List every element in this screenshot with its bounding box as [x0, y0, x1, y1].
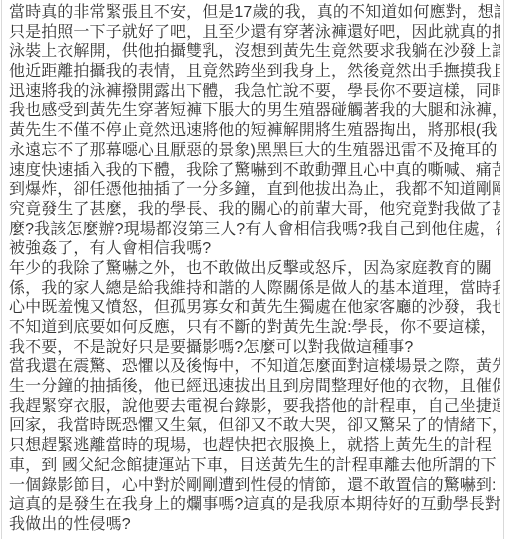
text-line: 車，到 國父紀念館捷運站下車，目送黃先生的計程車離去他所謂的下 [9, 456, 500, 476]
text-line: 泳裝上衣解開，供他拍攝雙乳，沒想到黃先生竟然要求我躺在沙發上讓 [9, 42, 500, 62]
text-line: 只想趕緊逃離當時的現場，也趕快把衣服換上，就搭上黃先生的計程 [9, 436, 500, 456]
text-line: 一個錄影節目，心中對於剛剛遭到性侵的情節，還不敢置信的驚嚇到: [9, 476, 500, 496]
post-body: 當時真的非常緊張且不安，但是17歲的我，真的不知道如何應對，想說只是拍照一下子就… [9, 3, 500, 535]
text-line: 年少的我除了驚嚇之外，也不敢做出反擊或怒斥，因為家庭教育的關 [9, 259, 500, 279]
text-line: 當我還在震驚、恐懼以及後悔中，不知道怎麼面對這樣場景之際，黃先 [9, 357, 500, 377]
text-line: 他近距離拍攝我的表情，且竟然跨坐到我身上，然後竟然出手撫摸我且 [9, 62, 500, 82]
text-line: 只是拍照一下子就好了吧，且至少還有穿著泳褲還好吧，因此就真的把 [9, 23, 500, 43]
paragraph: 年少的我除了驚嚇之外，也不敢做出反擊或怒斥，因為家庭教育的關係，我的家人總是給我… [9, 259, 500, 357]
text-line: 速度快速插入我的下體，我除了驚嚇到不敢動彈且心中真的嘶喊、痛苦 [9, 161, 500, 181]
text-line: 究竟發生了甚麼，我的學長、我的關心的前輩大哥，他究竟對我做了甚 [9, 200, 500, 220]
text-line: 心中既羞愧又憤怒，但孤男寡女和黃先生獨處在他家客廳的沙發，我也 [9, 298, 500, 318]
text-line: 我也感受到黃先生穿著短褲下脹大的男生殖器碰觸著我的大腿和泳褲， [9, 101, 500, 121]
paragraph: 當我還在震驚、恐懼以及後悔中，不知道怎麼面對這樣場景之際，黃先生一分鐘的抽插後，… [9, 357, 500, 534]
text-line: 係，我的家人總是給我維持和諧的人際關係是做人的基本道理，當時我 [9, 279, 500, 299]
text-line: 當時真的非常緊張且不安，但是17歲的我，真的不知道如何應對，想說 [9, 3, 500, 23]
text-line: 麼?我該怎麼辦?現場都沒第三人?有人會相信我嗎?我自己到他住處，卻 [9, 220, 500, 240]
post-container: 當時真的非常緊張且不安，但是17歲的我，真的不知道如何應對，想說只是拍照一下子就… [1, 0, 504, 539]
text-line: 永遠忘不了那幕噁心且厭惡的景象)黑黑巨大的生殖器迅雷不及掩耳的 [9, 141, 500, 161]
text-line: 這真的是發生在我身上的爛事嗎?這真的是我原本期待好的互動學長對 [9, 495, 500, 515]
text-line: 被強姦了，有人會相信我嗎? [9, 239, 500, 259]
paragraph: 當時真的非常緊張且不安，但是17歲的我，真的不知道如何應對，想說只是拍照一下子就… [9, 3, 500, 259]
text-line: 回家，我當時既恐懼又生氣，但卻又不敢大哭，卻又驚呆了的情緒下， [9, 416, 500, 436]
text-line: 迅速將我的泳褲撥開露出下體，我急忙說不要，學長你不要這樣，同時 [9, 82, 500, 102]
text-line: 到爆炸，卻任憑他抽插了一分多鐘，直到他拔出為止，我都不知道剛剛 [9, 180, 500, 200]
text-line: 我不要，不是說好只是要攝影嗎?怎麼可以對我做這種事? [9, 338, 500, 358]
text-line: 生一分鐘的抽插後，他已經迅速拔出且到房間整理好他的衣物，且催促 [9, 377, 500, 397]
text-line: 黃先生不僅不停止竟然迅速將他的短褲解開將生殖器掏出，將那根(我 [9, 121, 500, 141]
text-line: 我做出的性侵嗎? [9, 515, 500, 535]
text-line: 不知道到底要如何反應，只有不斷的對黃先生說:學長，你不要這樣， [9, 318, 500, 338]
text-line: 我趕緊穿衣服，說他要去電視台錄影，要我搭他的計程車，自己坐捷運 [9, 397, 500, 417]
